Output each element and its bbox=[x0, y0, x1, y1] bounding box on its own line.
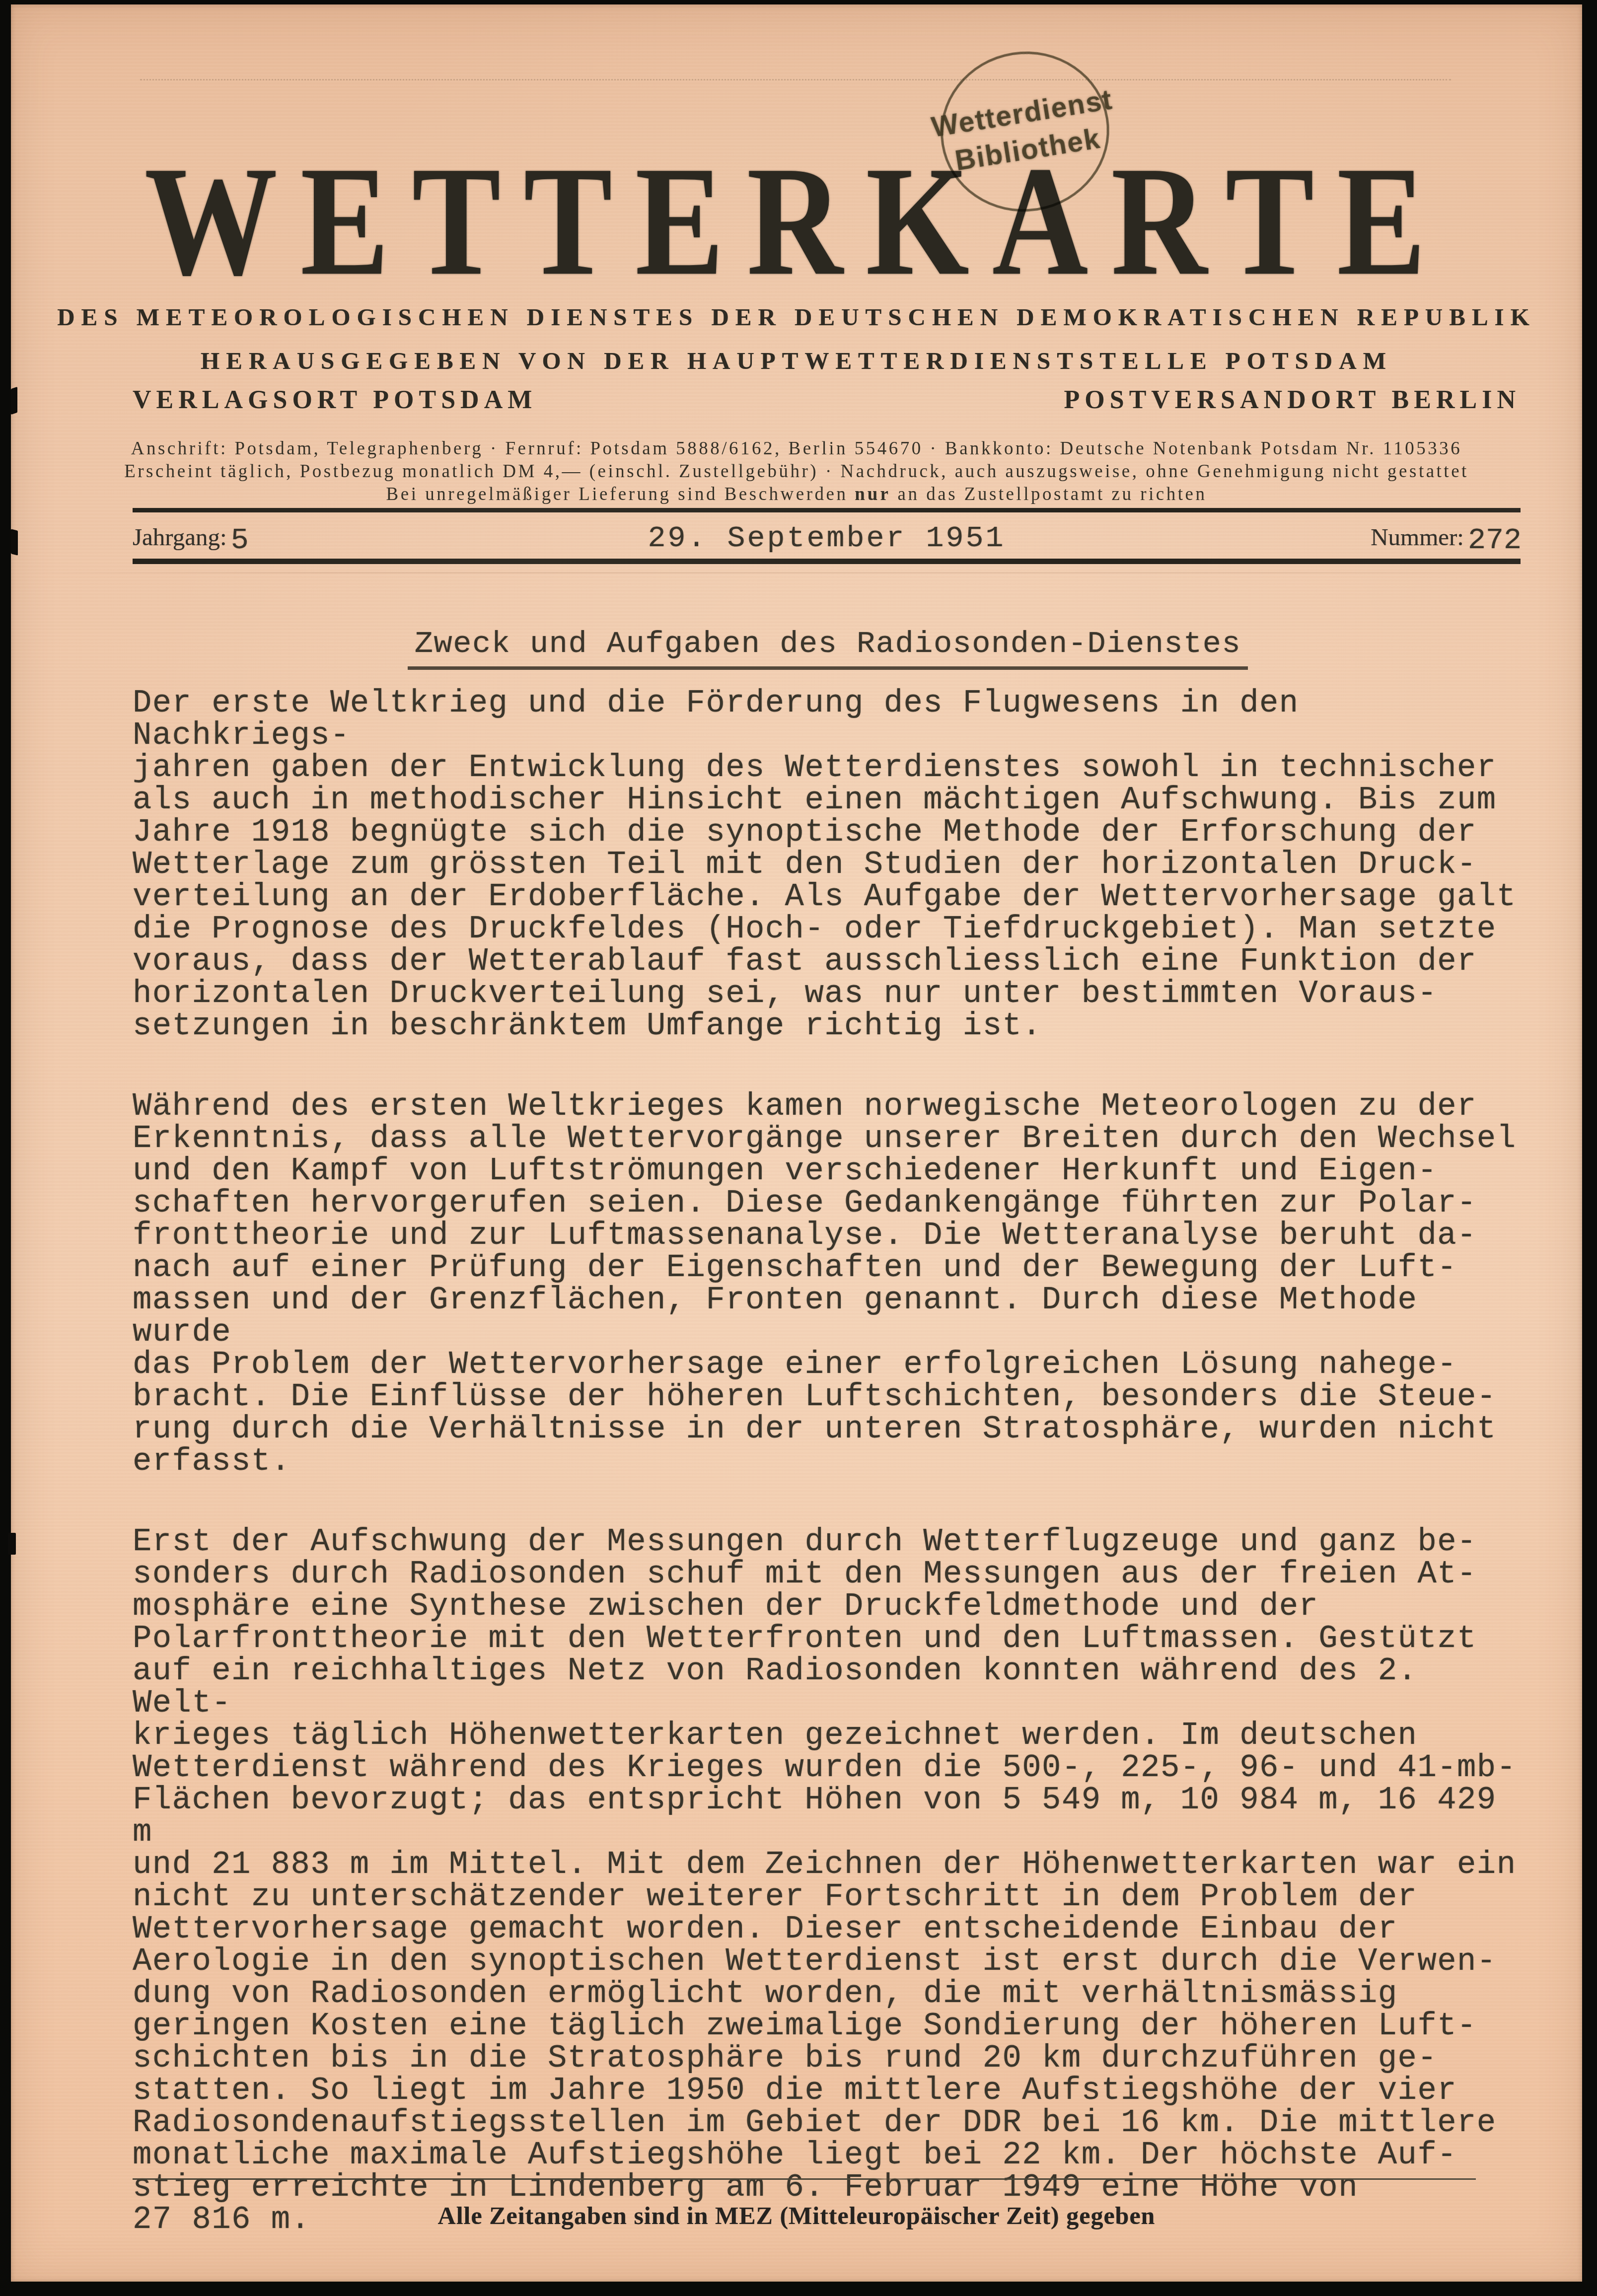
scan-defect bbox=[8, 1533, 16, 1555]
scan-defect bbox=[11, 529, 18, 555]
article: Zweck und Aufgaben des Radiosonden-Diens… bbox=[133, 626, 1523, 2285]
horizontal-rule-top bbox=[133, 508, 1521, 512]
imprint-line-subscription: Erscheint täglich, Postbezug monatlich D… bbox=[11, 460, 1582, 483]
number-label: Nummer: bbox=[1371, 523, 1464, 551]
imprint-line-complaints: Bei unregelmäßiger Lieferung sind Beschw… bbox=[11, 483, 1582, 506]
scan-background: { "masthead": { "title": "WETTERKARTE", … bbox=[0, 0, 1597, 2296]
imprint-complaints-pre: Bei unregelmäßiger Lieferung sind Beschw… bbox=[386, 484, 855, 504]
issue-date: 29. September 1951 bbox=[133, 522, 1521, 556]
masthead-subtitle-publisher: HERAUSGEGEBEN VON DER HAUPTWETTERDIENSTS… bbox=[11, 347, 1582, 375]
scan-artifact-dotted-line bbox=[140, 79, 1451, 80]
imprint-complaints-emphasis: nur bbox=[855, 484, 891, 504]
horizontal-rule-bottom bbox=[133, 559, 1521, 564]
imprint-complaints-post: an das Zustellpostamt zu richten bbox=[891, 484, 1207, 504]
article-paragraph-2: Während des ersten Weltkrieges kamen nor… bbox=[133, 1091, 1523, 1478]
masthead-title: WETTERKARTE bbox=[11, 143, 1582, 299]
mailing-place: POSTVERSANDORT BERLIN bbox=[1064, 385, 1521, 415]
imprint-line-contact: Anschrift: Potsdam, Telegraphenberg · Fe… bbox=[11, 437, 1582, 460]
scan-defect bbox=[11, 387, 17, 415]
article-title: Zweck und Aufgaben des Radiosonden-Diens… bbox=[408, 626, 1248, 670]
publishing-place: VERLAGSORT POTSDAM bbox=[133, 385, 537, 415]
number-field: Nummer:272 bbox=[1371, 521, 1518, 555]
paper-crease bbox=[11, 572, 1582, 574]
imprint-block: Anschrift: Potsdam, Telegraphenberg · Fe… bbox=[11, 437, 1582, 506]
masthead-places-row: VERLAGSORT POTSDAM POSTVERSANDORT BERLIN bbox=[133, 385, 1521, 414]
document-page: WETTERKARTE Wetterdienst Bibliothek DES … bbox=[11, 4, 1582, 2282]
issue-info-row: Jahrgang:5 29. September 1951 Nummer:272 bbox=[133, 521, 1521, 552]
footer-rule bbox=[133, 2178, 1476, 2180]
number-value: 272 bbox=[1468, 524, 1522, 558]
article-paragraph-1: Der erste Weltkrieg und die Förderung de… bbox=[133, 688, 1523, 1043]
article-paragraph-3: Erst der Aufschwung der Messungen durch … bbox=[133, 1526, 1523, 2236]
footer-note: Alle Zeitangaben sind in MEZ (Mitteleuro… bbox=[11, 2201, 1582, 2230]
